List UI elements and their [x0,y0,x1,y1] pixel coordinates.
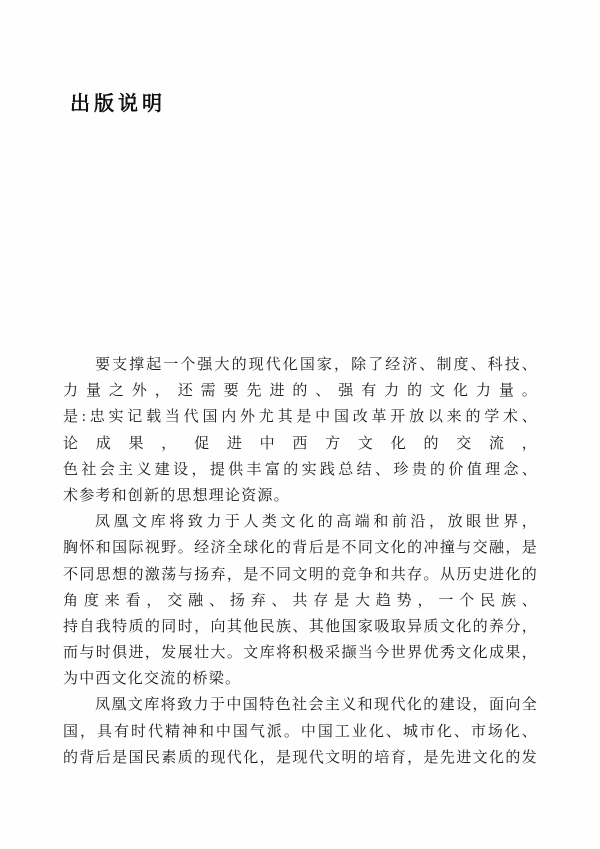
text-line: 胸怀和国际视野。经济全球化的背后是不同文化的冲撞与交融，是 [63,535,538,561]
text-line: 论成果，促进中西方文化的交流，为推动我国先进文化建设和中国特 [63,431,538,457]
text-line: 凤凰文库将致力于人类文化的高端和前沿，放眼世界，具有全球 [63,509,538,535]
text-line: 而与时俱进，发展壮大。文库将积极采撷当今世界优秀文化成果，成 [63,640,538,666]
book-page: 出版说明 要支撑起一个强大的现代化国家，除了经济、制度、科技、教育等 力量之外，… [0,0,600,849]
text-line: 国，具有时代精神和中国气派。中国工业化、城市化、市场化、国际化 [63,719,538,745]
text-line: 角度来看，交融、扬弃、共存是大趋势，一个民族、一个国家总是在坚 [63,588,538,614]
text-line: 不同思想的激荡与扬弃，是不同文明的竞争和共存。从历史进化的 [63,562,538,588]
text-line: 术参考和创新的思想理论资源。 [63,483,538,509]
text-line: 持自我特质的同时，向其他民族、其他国家吸取异质文化的养分，从 [63,614,538,640]
text-line: 的背后是国民素质的现代化，是现代文明的培育，是先进文化的发 [63,745,538,771]
text-line: 要支撑起一个强大的现代化国家，除了经济、制度、科技、教育等 [63,352,538,378]
body-text: 要支撑起一个强大的现代化国家，除了经济、制度、科技、教育等 力量之外，还需要先进… [63,352,538,771]
text-line: 为中西文化交流的桥梁。 [63,666,538,692]
text-line: 是:忠实记载当代国内外尤其是中国改革开放以来的学术、思想和理 [63,404,538,430]
text-line: 力量之外，还需要先进的、强有力的文化力量。凤凰文库的出版宗旨 [63,378,538,404]
text-line: 色社会主义建设，提供丰富的实践总结、珍贵的价值理念、有益的学 [63,457,538,483]
text-line: 凤凰文库将致力于中国特色社会主义和现代化的建设，面向全 [63,692,538,718]
page-title: 出版说明 [70,90,166,118]
